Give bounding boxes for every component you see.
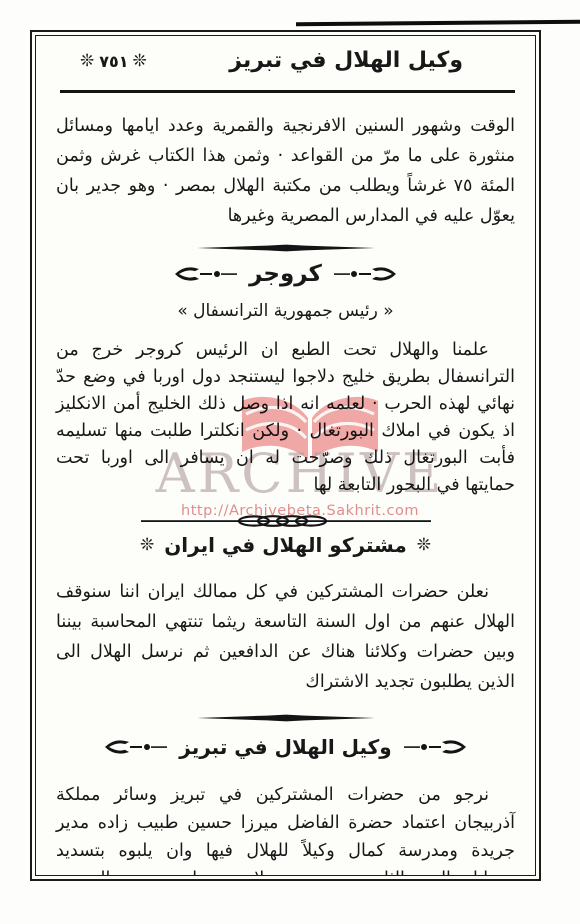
section-title: وكيل الهلال في تبريز [179,735,391,759]
page-frame-inner: وكيل الهلال في تبريز ❊ ٧٥١ ❊ الوقت وشهور… [35,35,536,876]
page-number: ٧٥١ [99,52,128,71]
iran-paragraph: نعلن حضرات المشتركين في كل ممالك ايران ا… [56,577,515,697]
page-header: وكيل الهلال في تبريز ❊ ٧٥١ ❊ [54,36,517,90]
page-header-title: وكيل الهلال في تبريز [229,48,463,73]
scan-edge-artifact [296,20,580,26]
tabriz-paragraph: نرجو من حضرات المشتركين في تبريز وسائر م… [56,781,515,876]
braid-divider [54,513,517,529]
section-title: مشتركو الهلال في ايران [164,533,407,557]
kruger-paragraph: علمنا والهلال تحت الطبع ان الرئيس كروجر … [56,337,515,499]
intro-paragraph: الوقت وشهور السنين الافرنجية والقمرية وع… [56,111,515,231]
section-heading-iran: ❊ مشتركو الهلال في ايران ❊ [54,533,517,557]
page-frame: وكيل الهلال في تبريز ❊ ٧٥١ ❊ الوقت وشهور… [30,30,541,881]
flower-ornament-icon: ❊ [140,537,154,554]
section-heading-kruger: كروجر [54,261,517,287]
section-heading-tabriz: وكيل الهلال في تبريز [54,735,517,759]
section-subtitle: « رئيس جمهورية الترانسفال » [54,301,517,321]
flower-ornament-icon: ❊ [133,53,148,70]
spindle-divider [54,243,517,253]
arrow-fleuron-icon [103,737,169,757]
spindle-divider [54,713,517,723]
spindle-divider-icon [197,243,375,253]
arrow-fleuron-icon [332,264,398,284]
flower-ornament-icon: ❊ [417,537,431,554]
arrow-fleuron-icon [173,264,239,284]
flower-ornament-icon: ❊ [80,53,95,70]
header-rule [60,90,515,93]
section-title: كروجر [249,261,322,287]
page-number-block: ❊ ٧٥١ ❊ [80,52,148,71]
braid-divider-icon [141,513,431,529]
arrow-fleuron-icon [402,737,468,757]
spindle-divider-icon [197,713,375,723]
